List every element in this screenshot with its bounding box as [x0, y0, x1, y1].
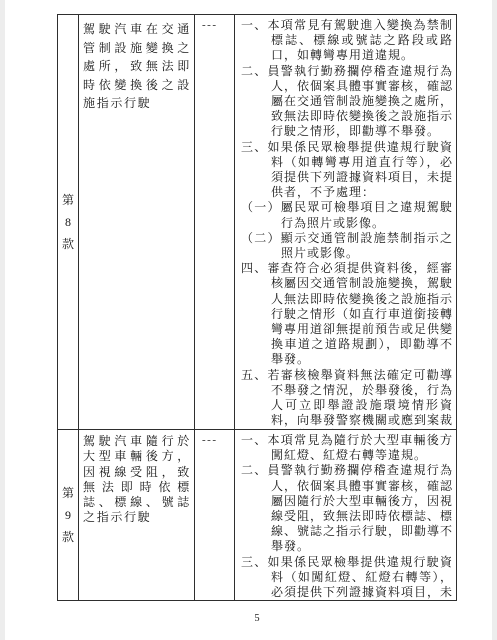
note-item: 二、員警執行勤務攔停稽查違規行為人，依個案具體事實審核，確認屬在交通管制設施變換… — [241, 64, 453, 140]
note-item: （一）屬民眾可檢舉項目之違規駕駛行為照片或影像。 — [241, 200, 453, 230]
violation-description: 駕駛汽車隨行於大型車輛後方，因視線受阻，致無法即時依標誌、標線、號誌之指示行駛 — [78, 430, 194, 600]
note-item: 五、若審核檢舉資料無法確定可勸導不舉發之情況，於舉發後，行為人可立即舉證設施環境… — [241, 368, 453, 429]
table-row: 第9款駕駛汽車隨行於大型車輛後方，因視線受阻，致無法即時依標誌、標線、號誌之指示… — [58, 429, 456, 600]
clause-cell: 第9款 — [58, 430, 78, 600]
clause-char: 第 — [62, 482, 74, 504]
table-row: 第8款駕駛汽車在交通管制設施變換之處所，致無法即時依變換後之設施指示行駛---一… — [58, 15, 456, 429]
scan-edge-left — [0, 0, 5, 640]
note-item: （二）顯示交通管制設施禁制指示之照片或影像。 — [241, 231, 453, 261]
regulation-table: 第8款駕駛汽車在交通管制設施變換之處所，致無法即時依變換後之設施指示行駛---一… — [57, 14, 457, 601]
note-item: 三、如果係民眾檢舉提供違規行駛資料（如轉彎專用道直行等），必須提供下列證據資料項… — [241, 140, 453, 201]
clause-char: 款 — [62, 233, 74, 255]
clause-char: 第 — [62, 189, 74, 211]
note-item: 四、審查符合必須提供資料後，經審核屬因交通管制設施變換，駕駛人無法即時依變換後之… — [241, 261, 453, 367]
violation-description: 駕駛汽車在交通管制設施變換之處所，致無法即時依變換後之設施指示行駛 — [78, 15, 194, 429]
clause-cell: 第8款 — [58, 15, 78, 429]
scan-edge-right — [492, 0, 497, 640]
clause-char: 9 — [65, 504, 71, 526]
page-number: 5 — [57, 613, 457, 624]
note-item: 二、員警執行勤務攔停稽查違規行為人，依個案具體事實審核，確認屬因隨行於大型車輛後… — [241, 463, 453, 554]
clause-char: 款 — [62, 526, 74, 548]
note-item: 一、本項常見為隨行於大型車輛後方闖紅燈、紅燈右轉等違規。 — [241, 433, 453, 463]
note-item: 三、如果係民眾檢舉提供違規行駛資料（如闖紅燈、紅燈右轉等），必須提供下列證據資料… — [241, 555, 453, 600]
notes-cell: 一、本項常見有駕駛進入變換為禁制標誌、標線或號誌之路段或路口，如轉彎專用道違規。… — [234, 15, 456, 429]
notes-cell: 一、本項常見為隨行於大型車輛後方闖紅燈、紅燈右轉等違規。二、員警執行勤務攔停稽查… — [234, 430, 456, 600]
penalty-dash: --- — [194, 430, 234, 600]
note-item: 一、本項常見有駕駛進入變換為禁制標誌、標線或號誌之路段或路口，如轉彎專用道違規。 — [241, 18, 453, 64]
penalty-dash: --- — [194, 15, 234, 429]
clause-char: 8 — [65, 211, 71, 233]
